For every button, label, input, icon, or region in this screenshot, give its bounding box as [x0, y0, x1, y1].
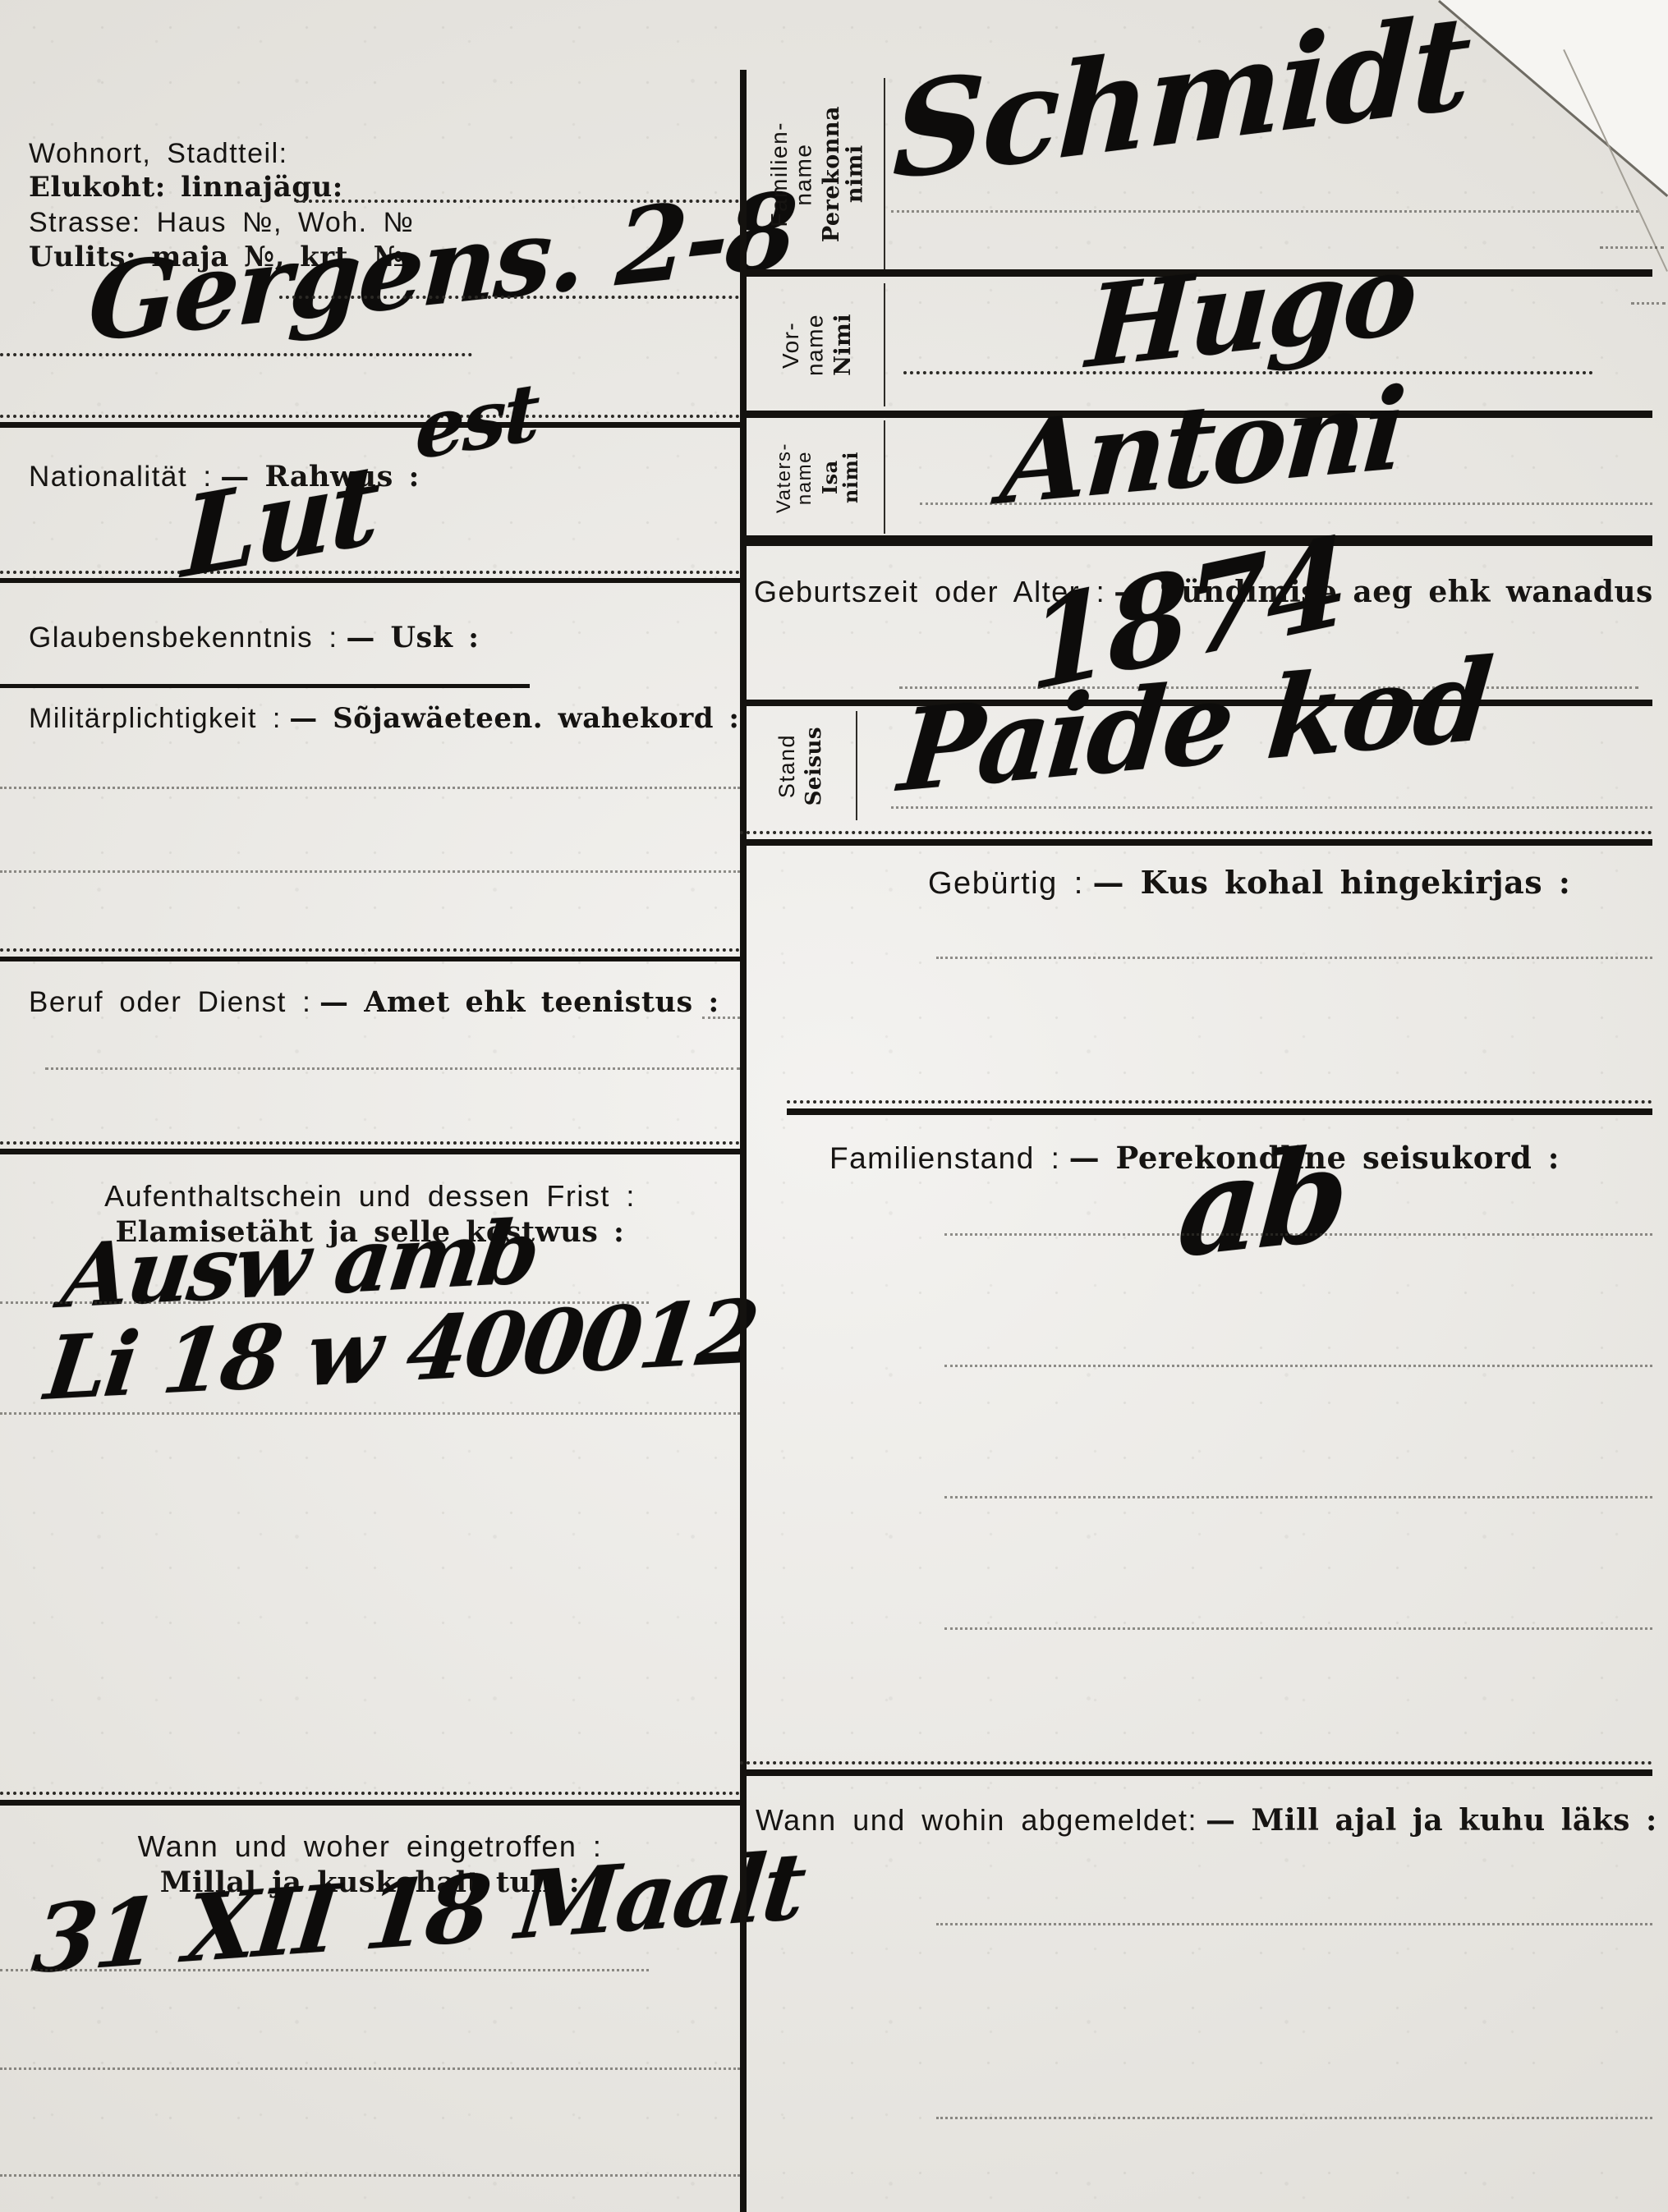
family-name-label: Familien-name Perekonnanimi: [751, 78, 883, 271]
rule: [0, 948, 740, 952]
registration-card-scan: Wohnort, Stadtteil: Elukoht: linnajägu: …: [0, 0, 1668, 2212]
rule: [279, 296, 739, 299]
rule: [944, 1496, 1652, 1498]
rule: [0, 684, 530, 688]
rule: [0, 1792, 740, 1795]
first-name-label: Vor-name Nimi: [751, 283, 883, 406]
rule: [0, 957, 740, 961]
rule: [740, 839, 1652, 846]
rule: [920, 503, 1652, 505]
rule: [0, 422, 740, 428]
occupation-label-et: — Amet ehk teenistus :: [319, 985, 719, 1019]
origin-label-de: Gebürtig :: [928, 866, 1084, 901]
rule: [884, 420, 885, 534]
rule: [891, 210, 1638, 213]
father-name-label-et: Isanimi: [820, 452, 861, 503]
status-handwriting: Paide kod: [895, 644, 1495, 808]
rule: [944, 1627, 1652, 1630]
rule: [740, 1769, 1652, 1776]
military-label: Militärplichtigkeit : — Sõjawäeteen. wah…: [29, 702, 739, 735]
origin-label-et: — Kus kohal hingekirjas :: [1092, 864, 1570, 901]
rule: [0, 578, 740, 583]
address-label-et-1: Elukoht: linnajägu:: [29, 171, 343, 204]
first-name-label-de: Vor-name: [779, 314, 827, 376]
rule: [944, 1365, 1652, 1367]
column-divider: [740, 70, 747, 2212]
religion-label-de: Glaubensbekenntnis :: [29, 622, 338, 654]
family-status-handwriting: ab: [1174, 1129, 1350, 1276]
family-name-handwriting: Schmidt: [891, 0, 1471, 198]
rule: [0, 571, 740, 574]
rule: [0, 2174, 740, 2177]
rule: [0, 1969, 649, 1971]
military-label-de: Militärplichtigkeit :: [29, 703, 282, 734]
rule: [45, 1067, 740, 1070]
nationality-handwriting: est: [415, 372, 538, 471]
family-name-label-et: Perekonnanimi: [820, 106, 867, 242]
first-name-label-et: Nimi: [832, 314, 855, 376]
rule: [1600, 246, 1664, 249]
rule: [0, 353, 472, 356]
rule: [0, 415, 740, 418]
rule: [0, 787, 740, 789]
father-name-label: Vaters-name Isanimi: [751, 420, 883, 535]
rule: [0, 1800, 740, 1806]
rule: [787, 1108, 1652, 1115]
rule: [936, 1923, 1652, 1925]
rule: [787, 1100, 1652, 1104]
rule: [740, 1761, 1652, 1765]
first-name-handwriting: Hugo: [1084, 237, 1418, 384]
street-handwriting: Gergens. 2-8: [86, 177, 797, 356]
religion-label: Glaubensbekenntnis : — Usk :: [29, 621, 480, 654]
status-label: Stand Seisus: [749, 711, 852, 822]
departure-label-de: Wann und wohin abgemeldet:: [756, 1803, 1197, 1837]
occupation-label-de: Beruf oder Dienst :: [29, 986, 311, 1018]
family-status-label-de: Familienstand :: [829, 1141, 1060, 1175]
family-name-label-de: Familien-name: [767, 122, 816, 227]
status-label-de: Stand: [775, 734, 798, 798]
rule: [740, 831, 1652, 834]
religion-label-et: — Usk :: [346, 621, 479, 654]
religion-handwriting: Lut: [181, 449, 379, 594]
rule: [884, 78, 885, 269]
origin-label: Gebürtig : — Kus kohal hingekirjas :: [928, 864, 1570, 902]
status-label-et: Seisus: [803, 727, 825, 805]
occupation-label: Beruf oder Dienst : — Amet ehk teenistus…: [29, 985, 719, 1019]
rule: [0, 1149, 740, 1154]
rule: [0, 870, 740, 873]
military-label-et: — Sõjawäeteen. wahekord :: [289, 702, 739, 735]
rule: [884, 283, 885, 406]
rule: [702, 1017, 740, 1019]
rule: [936, 957, 1652, 959]
rule: [891, 806, 1652, 809]
rule: [0, 2067, 740, 2070]
address-label-de-1: Wohnort, Stadtteil:: [29, 138, 288, 170]
rule: [903, 371, 1593, 374]
departure-label: Wann und wohin abgemeldet: — Mill ajal j…: [756, 1803, 1657, 1838]
departure-label-et: — Mill ajal ja kuhu läks :: [1206, 1803, 1657, 1838]
rule: [944, 1233, 1652, 1236]
rule: [856, 711, 857, 820]
father-name-handwriting: Antoni: [998, 373, 1407, 521]
rule: [1631, 302, 1666, 305]
rule: [0, 1141, 740, 1145]
rule: [936, 2117, 1652, 2119]
rule: [0, 1412, 740, 1415]
father-name-label-de: Vaters-name: [774, 443, 815, 513]
